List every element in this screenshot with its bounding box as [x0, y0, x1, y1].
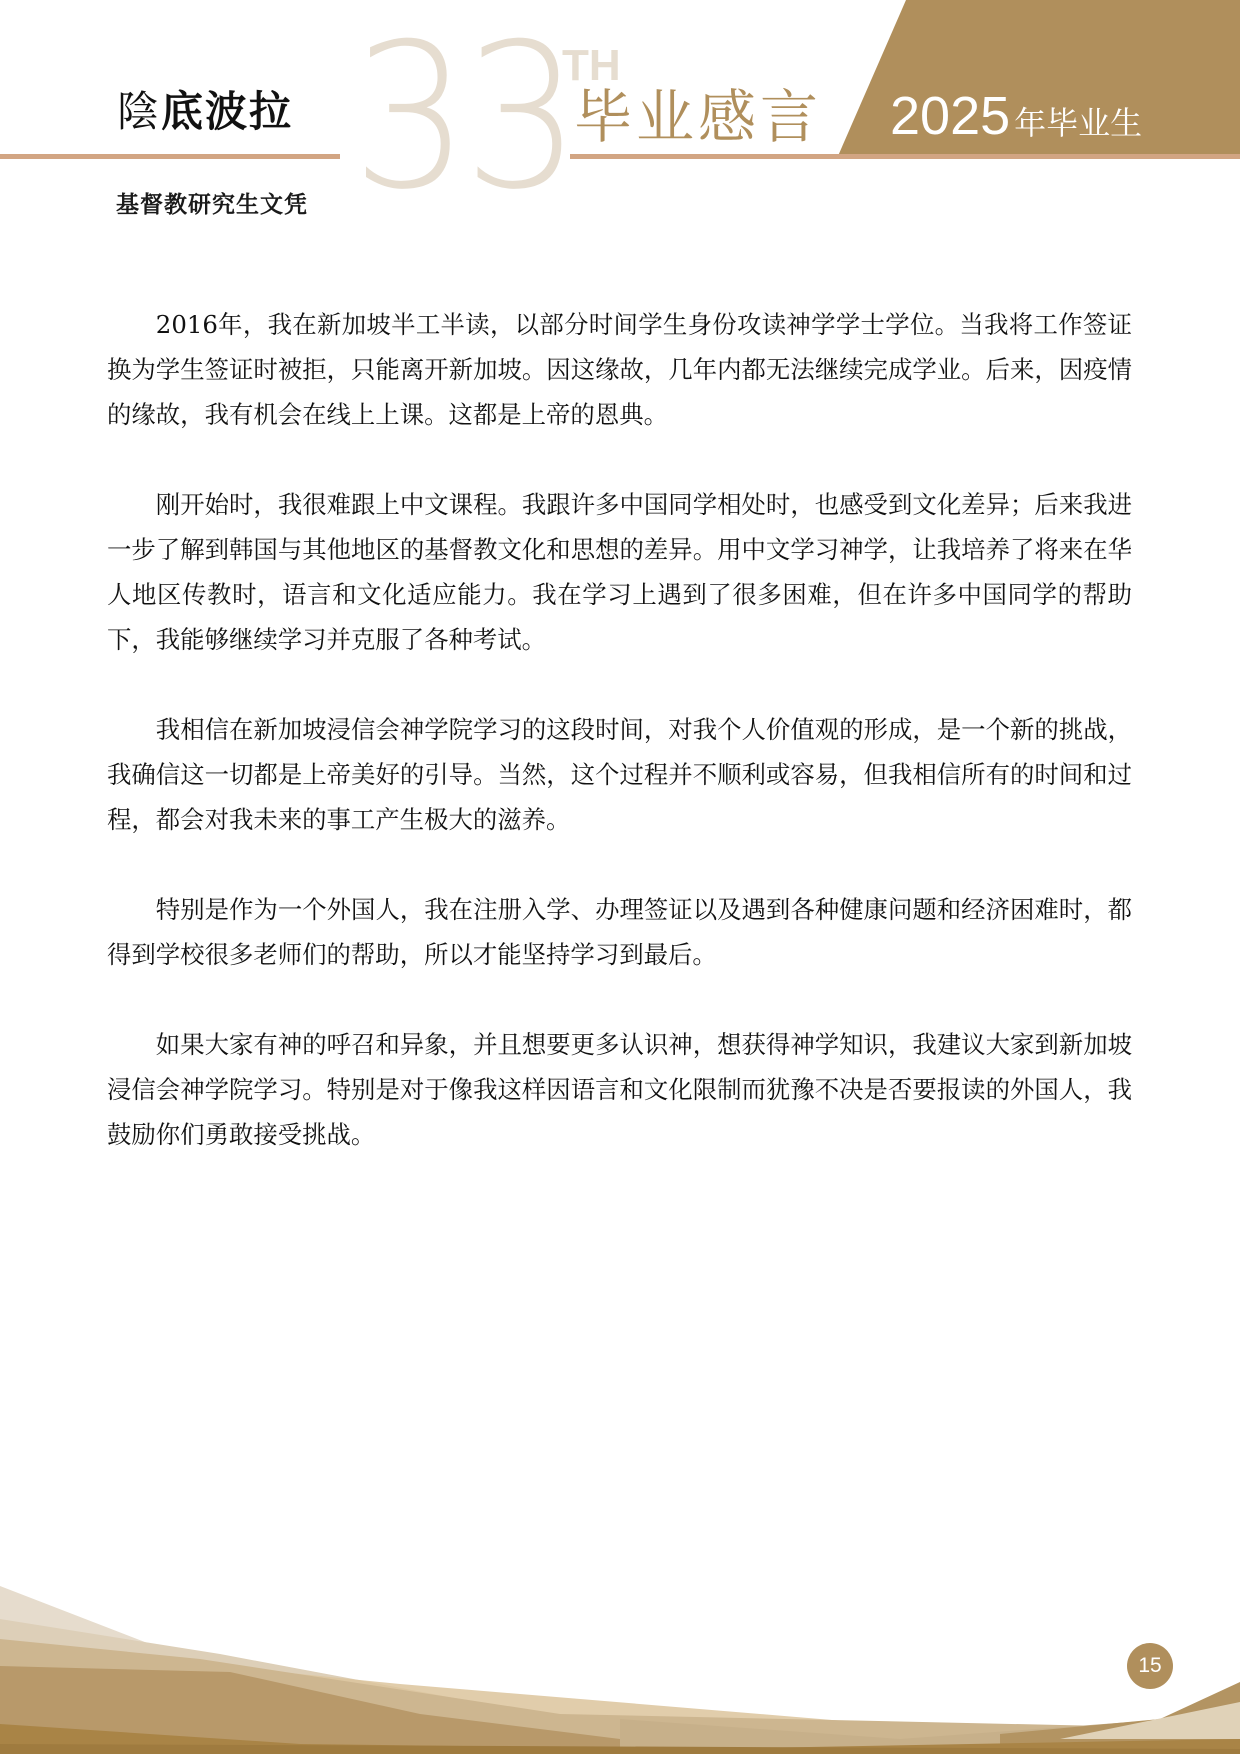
paragraph: 2016年，我在新加坡半工半读，以部分时间学生身份攻读神学学士学位。当我将工作签…	[107, 302, 1132, 437]
paragraph: 特别是作为一个外国人，我在注册入学、办理签证以及遇到各种健康问题和经济困难时，都…	[107, 887, 1132, 977]
program-name: 基督教研究生文凭	[116, 186, 308, 219]
graduation-year: 2025	[890, 86, 1010, 146]
edition-number: 33	[352, 18, 575, 218]
page-title: 毕业感言	[574, 86, 822, 148]
footer-wave-decoration	[0, 1554, 1240, 1754]
graduating-class-label: 2025年毕业生	[890, 86, 1142, 146]
paragraph: 刚开始时，我很难跟上中文课程。我跟许多中国同学相处时，也感受到文化差异；后来我进…	[107, 482, 1132, 662]
paragraph: 我相信在新加坡浸信会神学院学习的这段时间，对我个人价值观的形成，是一个新的挑战，…	[107, 707, 1132, 842]
author-name: 陰底波拉	[117, 86, 293, 138]
header-divider-right	[570, 154, 1240, 159]
article-body: 2016年，我在新加坡半工半读，以部分时间学生身份攻读神学学士学位。当我将工作签…	[107, 302, 1132, 1202]
paragraph: 如果大家有神的呼召和异象，并且想要更多认识神，想获得神学知识，我建议大家到新加坡…	[107, 1022, 1132, 1157]
author-given-name: 底波拉	[161, 87, 293, 136]
author-surname: 陰	[117, 87, 161, 136]
edition-ordinal-suffix: TH	[562, 44, 621, 88]
graduation-year-suffix: 年毕业生	[1014, 104, 1142, 142]
page: 33 TH 陰底波拉 基督教研究生文凭 毕业感言 2025年毕业生 2016年，…	[0, 0, 1240, 1754]
header-divider-left	[0, 154, 340, 159]
page-number-badge: 15	[1127, 1643, 1173, 1689]
